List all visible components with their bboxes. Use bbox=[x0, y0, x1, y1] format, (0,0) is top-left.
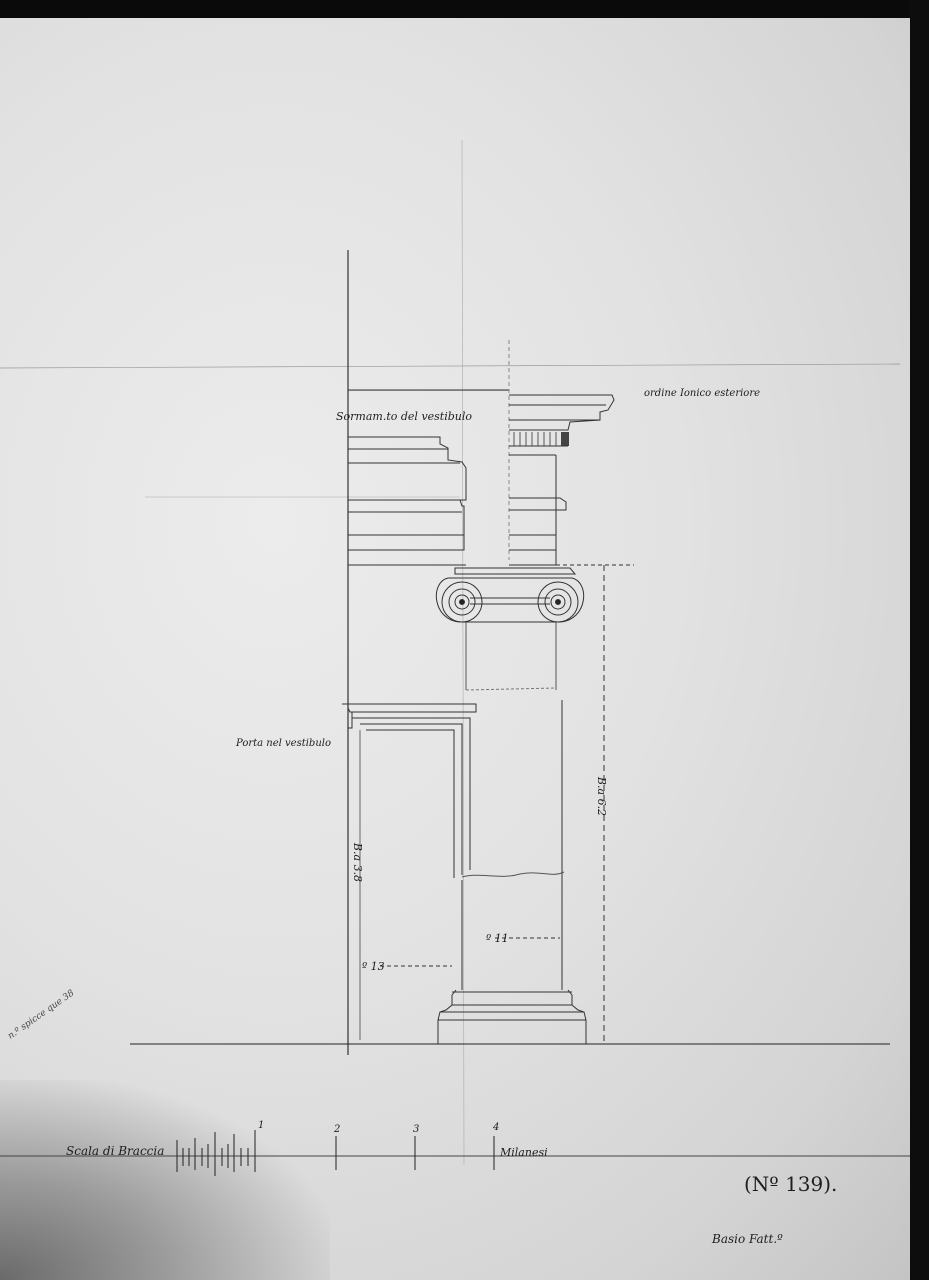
scale-tick-4: 4 bbox=[493, 1122, 499, 1133]
catalog-number: (Nº 139). bbox=[744, 1172, 837, 1196]
scale-tick-2: 2 bbox=[334, 1124, 340, 1135]
signature: Basio Fatt.º bbox=[712, 1232, 783, 1246]
label-door-vestibule: Porta nel vestibulo bbox=[236, 738, 331, 749]
scale-tick-3: 3 bbox=[413, 1124, 419, 1135]
dimension-door-jamb: º 13 bbox=[362, 960, 385, 973]
dimension-column-diameter: º 11 bbox=[486, 932, 509, 945]
architectural-drawing bbox=[0, 0, 929, 1280]
scale-label: Scala di Braccia bbox=[66, 1144, 164, 1158]
scale-unit: Milanesi bbox=[500, 1146, 548, 1159]
dimension-column-height: B.a 6.2 bbox=[595, 777, 608, 816]
scale-tick-1: 1 bbox=[258, 1120, 264, 1131]
dimension-door-height: B.a 3.8 bbox=[351, 843, 364, 882]
label-ionic-order: ordine Ionico esteriore bbox=[644, 388, 760, 399]
label-entablature-vestibule: Sormam.to del vestibulo bbox=[336, 410, 472, 423]
